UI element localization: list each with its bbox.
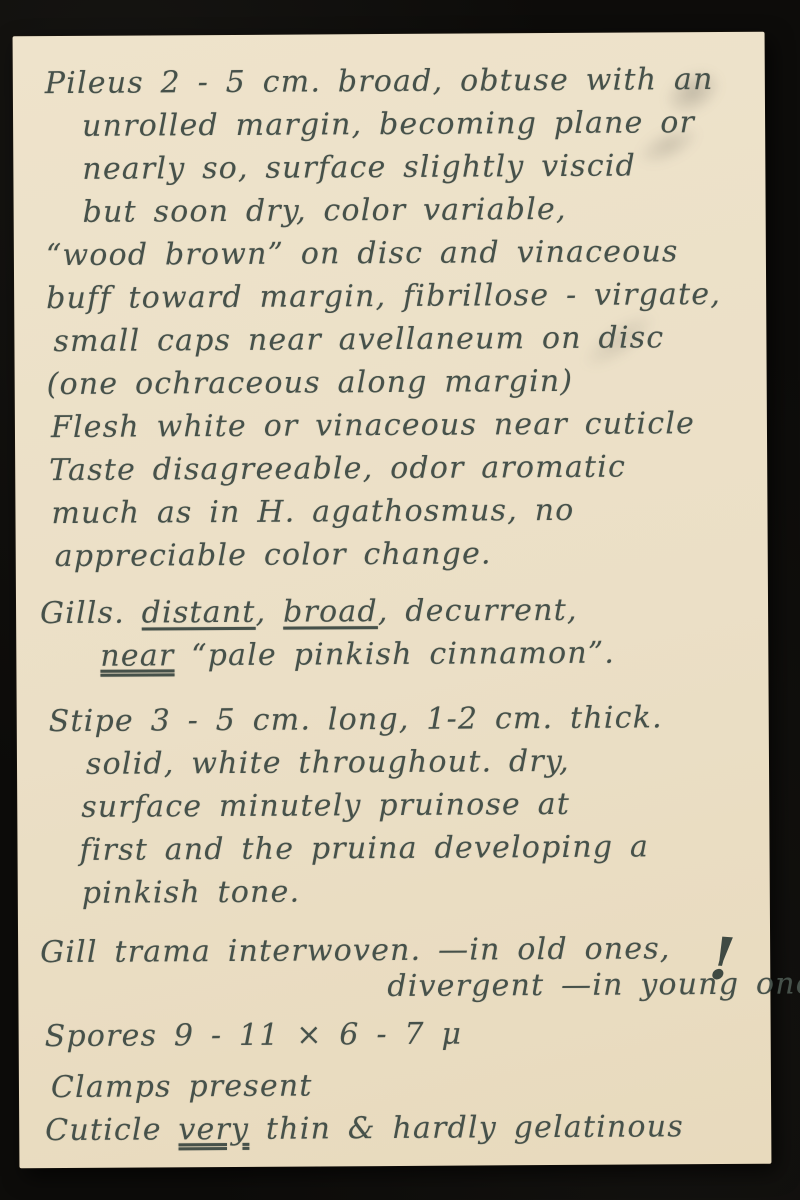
pileus-line-12: appreciable color change.: [55, 531, 742, 578]
stipe-line-3: surface minutely pruinose at: [81, 782, 743, 829]
handwritten-note: Pileus 2 - 5 cm. broad, obtuse with an u…: [13, 32, 772, 1153]
pileus-line-11: much as in H. agathosmus, no: [51, 488, 741, 535]
stipe-line-5: pinkish tone.: [82, 868, 744, 915]
pileus-section: Pileus 2 - 5 cm. broad, obtuse with an u…: [43, 58, 742, 578]
cuticle-rest: thin & hardly gelatinous: [249, 1109, 684, 1147]
pileus-line-2: unrolled margin, becoming plane or: [82, 101, 739, 148]
pileus-line-1: Pileus 2 - 5 cm. broad, obtuse with an: [45, 58, 739, 105]
gills-word-near: near: [100, 638, 174, 673]
cuticle-word-very: very: [178, 1112, 249, 1147]
gills-word-broad: broad: [283, 594, 378, 630]
pileus-line-8: (one ochraceous along margin): [47, 359, 741, 406]
stipe-line-2: solid, white throughout. dry,: [86, 739, 743, 786]
gills-color-quote: “pale pinkish cinnamon”.: [174, 636, 615, 674]
stipe-line-1: Stipe 3 - 5 cm. long, 1-2 cm. thick.: [49, 696, 743, 743]
stipe-section: Stipe 3 - 5 cm. long, 1-2 cm. thick. sol…: [47, 696, 744, 915]
gills-line-2: near “pale pinkish cinnamon”.: [100, 631, 742, 678]
pileus-line-9: Flesh white or vinaceous near cuticle: [51, 402, 741, 449]
spores-line: Spores 9 - 11 × 6 - 7 μ: [45, 1011, 745, 1058]
pileus-line-6: buff toward margin, fibrillose - virgate…: [46, 273, 740, 320]
pileus-line-7: small caps near avellaneum on disc: [53, 316, 740, 363]
gills-section: Gills. distant, broad, decurrent, near “…: [46, 588, 743, 678]
pileus-line-3: nearly so, surface slightly viscid: [82, 144, 739, 191]
exclamation-mark: !: [707, 924, 737, 993]
gills-rest: , decurrent,: [378, 593, 578, 629]
gills-separator: ,: [256, 595, 284, 630]
gills-label: Gills.: [40, 596, 142, 632]
photo-background: Pileus 2 - 5 cm. broad, obtuse with an u…: [0, 0, 800, 1200]
pileus-line-10: Taste disagreeable, odor aromatic: [49, 445, 741, 492]
note-card: Pileus 2 - 5 cm. broad, obtuse with an u…: [13, 32, 772, 1169]
gills-word-distant: distant: [142, 595, 256, 631]
cuticle-label: Cuticle: [45, 1112, 178, 1148]
trama-line-1: Gill trama interwoven. —in old ones,: [40, 931, 744, 971]
gills-line-1: Gills. distant, broad, decurrent,: [40, 588, 742, 635]
trama-line-2: divergent —in young ones: [387, 967, 744, 1005]
gill-trama-section: Gill trama interwoven. —in old ones, div…: [48, 931, 744, 1007]
stipe-line-4: first and the pruina developing a: [79, 825, 743, 872]
clamps-line: Clamps present: [51, 1062, 745, 1109]
cuticle-line: Cuticle very thin & hardly gelatinous: [45, 1105, 745, 1152]
pileus-line-5: “wood brown” on disc and vinaceous: [46, 230, 740, 277]
pileus-line-4: but soon dry, color variable,: [82, 187, 739, 234]
